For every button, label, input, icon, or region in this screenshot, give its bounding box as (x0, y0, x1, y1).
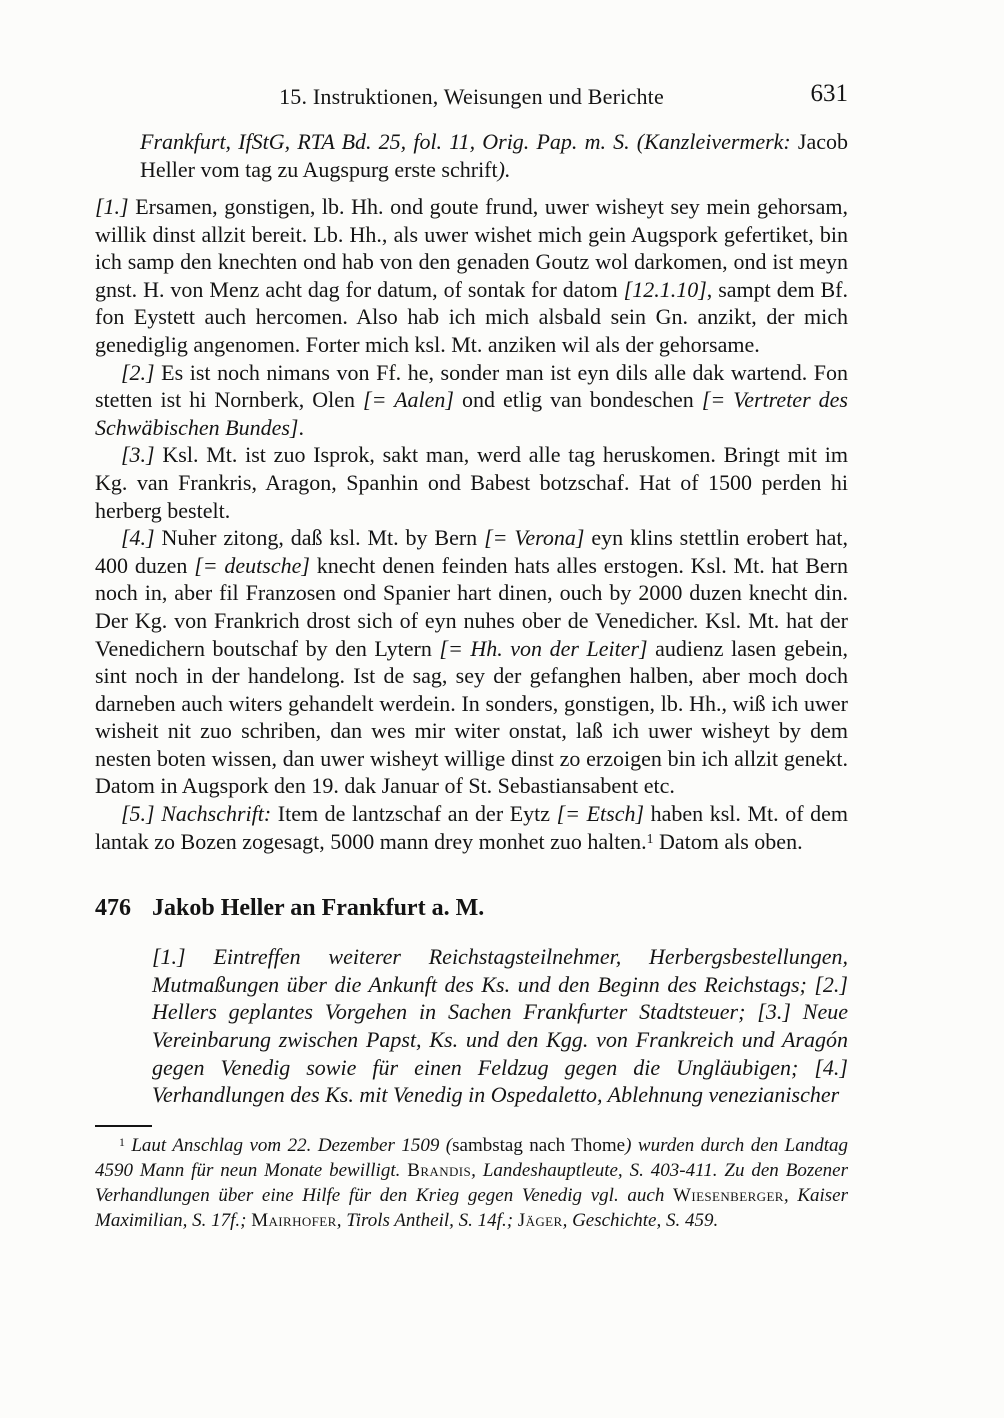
text-segment: [= Etsch] (557, 801, 644, 826)
entry-heading: 476 Jakob Heller an Frankfurt a. M. (95, 893, 848, 923)
text-segment: [2.] (121, 360, 155, 385)
running-title: 15. Instruktionen, Weisungen und Bericht… (95, 84, 848, 110)
text-segment: Mairhofer (251, 1210, 337, 1231)
paragraph-5: [5.] Nachschrift: Item de lantzschaf an … (95, 800, 848, 855)
entry-summary: [1.] Eintreffen weiterer Reichstagsteiln… (152, 943, 848, 1109)
text-segment: Frankfurt, IfStG, RTA Bd. 25, fol. 11, O… (140, 129, 798, 154)
text-segment: Wiesenberger (673, 1185, 784, 1206)
book-page: 15. Instruktionen, Weisungen und Bericht… (0, 0, 1004, 1418)
footnote-divider (95, 1125, 152, 1127)
text-segment: [3.] (121, 442, 155, 467)
text-segment: 1 (119, 1136, 125, 1149)
text-segment: Item de lantzschaf an der Eytz (271, 801, 556, 826)
text-segment: Brandis (407, 1160, 471, 1181)
text-segment: , Geschichte, S. 459. (563, 1210, 719, 1231)
text-segment: [= Hh. von der Leiter] (439, 636, 647, 661)
text-segment: 1 (647, 831, 654, 846)
entry-title: Jakob Heller an Frankfurt a. M. (152, 893, 848, 923)
paragraph-2: [2.] Es ist noch nimans von Ff. he, sond… (95, 359, 848, 442)
text-segment: Laut Anschlag vom 22. Dezember 1509 ( (125, 1135, 452, 1156)
text-segment: . (298, 415, 304, 440)
text-block: 15. Instruktionen, Weisungen und Bericht… (95, 84, 848, 1233)
footnote: 1 Laut Anschlag vom 22. Dezember 1509 (s… (95, 1133, 848, 1233)
text-segment: ). (498, 157, 511, 182)
paragraph-3: [3.] Ksl. Mt. ist zuo Isprok, sakt man, … (95, 441, 848, 524)
entry-number: 476 (95, 893, 152, 923)
text-segment: ond etlig van bondeschen (454, 387, 702, 412)
text-segment: , Tirols Antheil, S. 14f.; (337, 1210, 518, 1231)
text-segment: [4.] (121, 525, 155, 550)
text-segment: [= Verona] (484, 525, 584, 550)
text-segment: Jäger (518, 1210, 563, 1231)
text-segment: Nuher zitong, daß ksl. Mt. by Bern (155, 525, 484, 550)
text-segment: [1.] Eintreffen weiterer Reichstagsteiln… (152, 944, 848, 1107)
text-segment: sambstag nach Thome (452, 1135, 625, 1156)
text-segment: [5.] Nachschrift: (121, 801, 271, 826)
source-note: Frankfurt, IfStG, RTA Bd. 25, fol. 11, O… (140, 128, 848, 184)
page-number: 631 (811, 81, 849, 107)
paragraph-4: [4.] Nuher zitong, daß ksl. Mt. by Bern … (95, 524, 848, 800)
text-segment: [1.] (95, 194, 129, 219)
text-segment: [12.1.10] (624, 277, 707, 302)
text-segment: [= Aalen] (363, 387, 454, 412)
text-segment: Datom als oben. (653, 829, 802, 854)
paragraph-1: [1.] Ersamen, gonstigen, lb. Hh. ond gou… (95, 193, 848, 359)
text-segment: [= deutsche] (194, 553, 310, 578)
text-segment: Ksl. Mt. ist zuo Isprok, sakt man, werd … (95, 442, 848, 522)
running-head: 15. Instruktionen, Weisungen und Bericht… (95, 84, 848, 112)
